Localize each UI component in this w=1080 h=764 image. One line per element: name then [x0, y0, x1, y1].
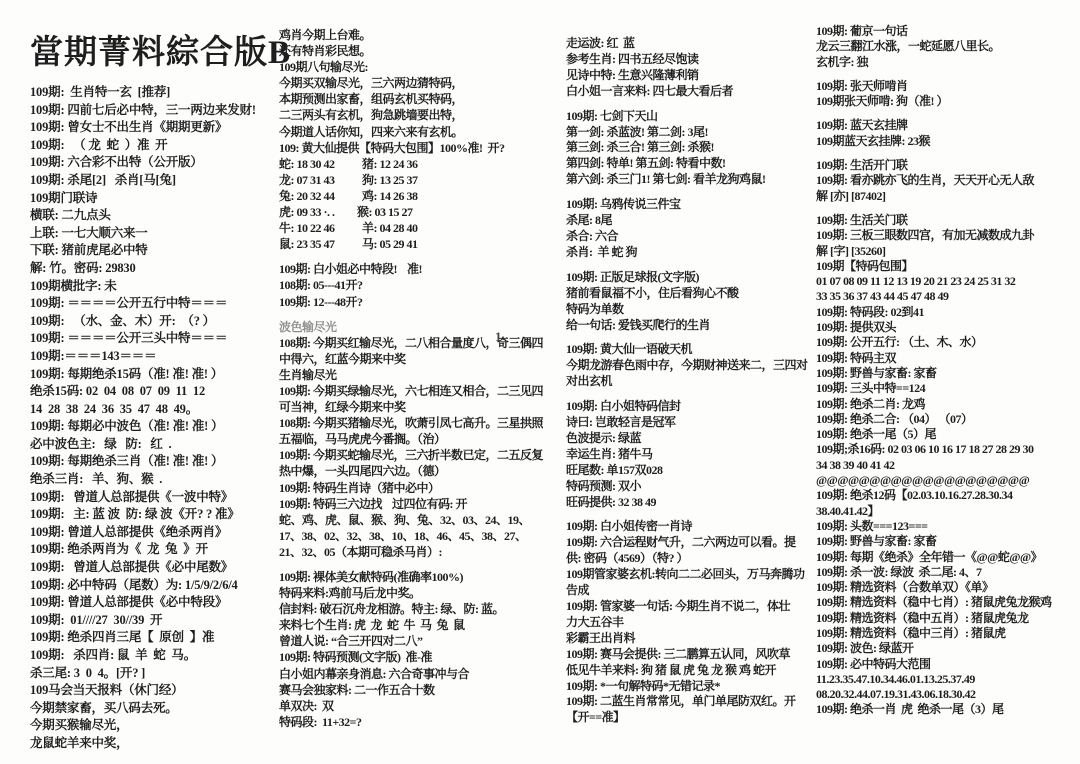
text-line: 109期: 白小姐必中特段! 准! [279, 261, 559, 277]
text-line: 109期: 二蓝生肖常常见，单门单尾防双红。开 [566, 694, 808, 710]
text-line: 109期: 曾道人总部提供《必中特段》 [30, 594, 268, 612]
text-line: 109期: 三板三眼数四宫，有加无减数成九卦 [816, 228, 1078, 243]
text-line: 猪前看鼠福不小，住后看狗心不酸 [566, 286, 808, 302]
lottery-tip-sheet-page: 當期菁料綜合版B 109期: 生肖特一玄 [推荐]109期: 四前七后必中特，三… [0, 0, 1080, 764]
text-line: 109期: 绝杀一肖 虎 绝杀一尾（3）尾 [816, 702, 1078, 717]
blank-line [816, 149, 1078, 158]
text-line: 108期: 今期买红输尽光，二八相合量度八，奇三偶四 [279, 335, 559, 351]
text-line: 【开==准】 [566, 710, 808, 726]
text-line: 特码为单数 [566, 302, 808, 318]
text-line: 109期: 每期必中波色（准! 准! 准! ） [30, 418, 268, 436]
text-line: 109期: 今期买蛇输尽光，三六折半数已定，二五反复 [279, 447, 559, 463]
text-line: 诗曰: 岂敢轻言是冠军 [566, 415, 808, 431]
text-line: 109期: 绝杀两肖为《 龙 兔 》开 [30, 541, 268, 559]
text-line: 109期: 精选资料（稳中三肖）: 猪鼠虎 [816, 626, 1078, 641]
text-line: 今期买猴输尽光， [30, 717, 268, 735]
text-line: 绝杀三肖: 羊、狗、猴 . [30, 471, 268, 489]
text-line: 解 [亦] [87402] [816, 189, 1078, 204]
text-line: 109期: 杀四肖: 鼠 羊 蛇 马。 [30, 647, 268, 665]
text-line: 必中波色主: 绿 防: 红 . [30, 436, 268, 454]
text-line: 今期禁家畜，买八码去死。 [30, 700, 268, 718]
text-line: 109期: 今期买绿输尽光，六七相连又相合，二三见四 [279, 383, 559, 399]
text-line: 109期: 六合彩不出特（公开版） [30, 154, 268, 172]
text-line: 109期: 七剑下天山 [566, 109, 808, 125]
text-line: 109期: 曾女士不出生肖《期期更新》 [30, 119, 268, 137]
text-line: 对出玄机 [566, 374, 808, 390]
text-line: 109期: 01////27 30//39 开 [30, 612, 268, 630]
text-line: 中得六，红蓝今期来中奖 [279, 351, 559, 367]
text-line: 来料七个生肖: 虎 龙 蛇 牛 马 兔 鼠 [279, 617, 559, 633]
text-line: 109期: 曾道人总部提供《一波中特》 [30, 489, 268, 507]
text-line: 109期: （水、金、木）开: （? ） [30, 313, 268, 331]
text-line: 赛马会独家料: 二一作五合十数 [279, 682, 559, 698]
text-line: 109期: 看亦跳亦飞的生肖，天天开心无人敌 [816, 173, 1078, 188]
text-line: 109期: 杀尾[2] 杀肖[马[兔] [30, 172, 268, 190]
text-line: 109期:＝＝＝143＝＝＝ [30, 348, 268, 366]
blank-line [816, 204, 1078, 213]
text-line: 109期【特码包围】 [816, 259, 1078, 274]
text-line: 兔: 20 32 44 鸡: 14 26 38 [279, 188, 559, 204]
text-line: 热中爆，一头四尾四六边。（德） [279, 463, 559, 479]
text-line: 108期: 今期买猪输尽光，吹萧引凤七高升。三星拱照 [279, 415, 559, 431]
text-line: 信封料: 破石沉舟龙相游。特主: 绿、防: 蓝。 [279, 601, 559, 617]
text-line: 还有特肖彩民想。 [279, 43, 559, 59]
column-4: 109期: 葡京一句话龙云三翻江水涨，一蛇延愿八里长。玄机字: 独109期: 张… [816, 24, 1078, 718]
text-line: 109期: 野兽与家畜: 家畜 [816, 366, 1078, 381]
text-line: 告成 [566, 583, 808, 599]
column-1: 當期菁料綜合版B 109期: 生肖特一玄 [推荐]109期: 四前七后必中特，三… [30, 30, 268, 753]
text-line: 牛: 10 22 46 羊: 04 28 40 [279, 220, 559, 236]
text-line: 109期: 生活开门联 [816, 158, 1078, 173]
text-line: 109期: 每期《绝杀》全年错一《@@蛇@@》 [816, 550, 1078, 565]
text-line: 今期买双输尽光，三六两边猜特码， [279, 75, 559, 91]
text-line: 109期门联诗 [30, 190, 268, 208]
column-2: 鸡肖今期上台难。还有特肖彩民想。109期八句输尽光:今期买双输尽光，三六两边猜特… [279, 27, 559, 730]
text-line: 蛇、鸡、虎、鼠、猴、狗、兔、32、03、24、19、 [279, 512, 559, 528]
text-line: 生肖输尽光 [279, 367, 559, 383]
text-line: 109: 黄大仙提供【特码大包围】100%准! 开? [279, 140, 559, 156]
text-line: 上联: 一七大顺六来一 [30, 225, 268, 243]
text-line: 109期: 四前七后必中特，三一两边来发财! [30, 102, 268, 120]
text-line: 109期: 三头中特==124 [816, 381, 1078, 396]
text-line: 幸运生肖: 猪牛马 [566, 447, 808, 463]
text-line: 109期八句输尽光: [279, 59, 559, 75]
text-line: 109期: 精选资料（稳中五肖）: 猪鼠虎兔龙 [816, 611, 1078, 626]
text-line: 01 07 08 09 11 12 13 19 20 21 23 24 25 3… [816, 274, 1078, 289]
text-line: 109期蓝天玄挂牌: 23猴 [816, 134, 1078, 149]
text-line: 杀合: 六合 [566, 229, 808, 245]
text-line: 特码预测: 双小 [566, 479, 808, 495]
text-line: 彩霸王出肖料 [566, 631, 808, 647]
text-line: 109期: 精选资料（合数单双）《单》 [816, 580, 1078, 595]
text-line: 109期: 杀一波: 绿波 杀二尾: 4、7 [816, 565, 1078, 580]
column-3: 走运波: 红 蓝参考生肖: 四书五经尽饱读见诗中特: 生意兴隆薄利销白小姐一言来… [566, 36, 808, 726]
text-line: 14 28 38 24 36 35 47 48 49。 [30, 401, 268, 419]
text-line: 109期: 主: 蓝 波 防: 绿 波《开? ? 准》 [30, 506, 268, 524]
text-line: 第一剑: 杀蓝波! 第二剑: 3尾! [566, 125, 808, 141]
text-line: 旺尾数: 单157双028 [566, 463, 808, 479]
text-line: 走运波: 红 蓝 [566, 36, 808, 52]
blank-line [279, 310, 559, 319]
text-line: 第六剑: 杀三门1! 第七剑: 看羊龙狗鸡鼠! [566, 172, 808, 188]
text-line: 109期: 必中特码（尾数）为: 1/5/9/2/6/4 [30, 577, 268, 595]
text-line: 109期: 12---48开? [279, 294, 559, 310]
text-line: 109期: 正版足球报(文字版) [566, 270, 808, 286]
text-line: 杀三尾: 3 0 4。[开? ] [30, 665, 268, 683]
text-line: 109期: 头数===123=== [816, 519, 1078, 534]
blank-line [279, 252, 559, 261]
text-line: 低见牛羊来料: 狗 猪 鼠 虎 兔 龙 猴 鸡 蛇开 [566, 663, 808, 679]
blank-line [566, 390, 808, 399]
text-line: 109期: 赛马会提供: 三二鹏算五认同，风吹草 [566, 647, 808, 663]
page-title: 當期菁料綜合版B [30, 30, 268, 76]
blank-line [566, 100, 808, 109]
text-line: 109期: ＝＝＝＝公开五行中特＝＝＝ [30, 295, 268, 313]
text-line: 解: 竹。密码: 29830 [30, 260, 268, 278]
text-line: 109期: 曾道人总部提供《必中尾数》 [30, 559, 268, 577]
column-2-lines: 鸡肖今期上台难。还有特肖彩民想。109期八句输尽光:今期买双输尽光，三六两边猜特… [279, 27, 559, 730]
text-line: 龙云三翻江水涨，一蛇延愿八里长。 [816, 39, 1078, 54]
text-line: 109期: 特码主双 [816, 351, 1078, 366]
text-line: 109期: 绝杀二肖: 龙鸡 [816, 397, 1078, 412]
text-line: 波色输尽光 [279, 319, 559, 335]
text-line: 109期: 六合运程财气升，二六两边可以看。提 [566, 535, 808, 551]
text-line: 绝杀15码: 02 04 08 07 09 11 12 [30, 383, 268, 401]
text-line: 109期: 曾道人总部提供《绝杀两肖》 [30, 524, 268, 542]
text-line: 109期: 特码三六边找 过四位有码: 开 [279, 496, 559, 512]
text-line: 特码来料:鸡前马后龙中奖。 [279, 585, 559, 601]
text-line: 109期: 绝杀一尾（5）尾 [816, 427, 1078, 442]
column-1-lines: 109期: 生肖特一玄 [推荐]109期: 四前七后必中特，三一两边来发财!10… [30, 84, 268, 753]
column-4-lines: 109期: 葡京一句话龙云三翻江水涨，一蛇延愿八里长。玄机字: 独109期: 张… [816, 24, 1078, 718]
text-line: 第四剑: 特单! 第五剑: 特看中数! [566, 156, 808, 172]
text-line: 109期: 每期绝杀15码（准! 准! 准! ） [30, 366, 268, 384]
text-line: 鸡肖今期上台难。 [279, 27, 559, 43]
text-line: 109期: 特码预测(文字版) 准-准 [279, 649, 559, 665]
text-line: 白小姐内幕亲身消息: 六合奇事冲与合 [279, 666, 559, 682]
text-line: 109期: *一句解特码*无错记录* [566, 679, 808, 695]
text-line: 色波提示: 绿蓝 [566, 431, 808, 447]
text-line: 可当神，红绿今期来中奖 [279, 399, 559, 415]
text-line: 五福临，马马虎虎今番搁。（治） [279, 431, 559, 447]
text-line: @@@@@@@@@@@@@@@@@@@@ [816, 473, 1078, 488]
text-line: 21、32、05（本期可稳杀马肖）: [279, 544, 559, 560]
text-line: 本期预测出家畜，组码玄机买特码， [279, 91, 559, 107]
text-line: 横联: 二九点头 [30, 207, 268, 225]
text-line: 玄机字: 独 [816, 55, 1078, 70]
text-line: 109期横批字: 未 [30, 278, 268, 296]
text-line: 109期: 特码生肖诗（猪中必中） [279, 480, 559, 496]
text-line: 下联: 猪前虎尾必中特 [30, 242, 268, 260]
text-line: 109期: 生活关门联 [816, 213, 1078, 228]
text-line: 第三剑: 杀三合! 第三剑: 杀猴! [566, 140, 808, 156]
blank-line [279, 560, 559, 569]
blank-line [566, 261, 808, 270]
text-line: 38.40.41.42】 [816, 504, 1078, 519]
text-line: 109期: ＝＝＝＝公开三头中特＝＝＝ [30, 330, 268, 348]
text-line: 109期: 葡京一句话 [816, 24, 1078, 39]
text-line: 二三两头有玄机，狗急跳墙要出特， [279, 107, 559, 123]
text-line: 33 35 36 37 43 44 45 47 48 49 [816, 289, 1078, 304]
text-line: 109期: 管家婆一句话: 今期生肖不说二，体壮 [566, 599, 808, 615]
text-line: 108期: 05---41开? [279, 277, 559, 293]
text-line: 虎: 09 33 ·. . 猴: 03 15 27 [279, 204, 559, 220]
text-line: 参考生肖: 四书五经尽饱读 [566, 52, 808, 68]
text-line: 109期: 提供双头 [816, 320, 1078, 335]
text-line: 109期: 黄大仙一语破天机 [566, 342, 808, 358]
text-line: 白小姐一言来料: 四七最大看后者 [566, 84, 808, 100]
text-line: 给一句话: 爱钱买爬行的生肖 [566, 318, 808, 334]
text-line: 109期: 蓝天玄挂牌 [816, 118, 1078, 133]
text-line: 解 [字] [35260] [816, 244, 1078, 259]
text-line: 今期道人话你知，四来六来有玄机。 [279, 124, 559, 140]
text-line: 鼠: 23 35 47 马: 05 29 41 [279, 236, 559, 252]
scan-artifact-mark: 1 [495, 329, 502, 345]
text-line: 109期: 白小姐特码信封 [566, 399, 808, 415]
text-line: 特码段: 11+32=? [279, 714, 559, 730]
text-line: 109期: 公开五行: （土、木、水） [816, 335, 1078, 350]
text-line: 109期: 必中特码大范围 [816, 657, 1078, 672]
text-line: 109期张天师啃: 狗（准! ） [816, 94, 1078, 109]
text-line: 109期;杀16码: 02 03 06 10 16 17 18 27 28 29… [816, 442, 1078, 457]
text-line: 109期: 精选资料（稳中七肖）: 猪鼠虎兔龙猴鸡 [816, 595, 1078, 610]
text-line: 109期管家婆玄机:转向二二必回头，万马奔腾功 [566, 567, 808, 583]
text-line: 109期: 白小姐传密一肖诗 [566, 519, 808, 535]
text-line: 109期: 绝杀12码【02.03.10.16.27.28.30.34 [816, 488, 1078, 503]
text-line: 109期: （ 龙 蛇 ）准 开 [30, 137, 268, 155]
text-line: 今期龙游春色雨中存，今期财神送来二，三四对 [566, 358, 808, 374]
blank-line [816, 70, 1078, 79]
text-line: 龙: 07 31 43 狗: 13 25 37 [279, 172, 559, 188]
text-line: 曾道人说: “合三开四对二八” [279, 633, 559, 649]
text-line: 08.20.32.44.07.19.31.43.06.18.30.42 [816, 687, 1078, 702]
text-line: 109期: 乌鸦传说三件宝 [566, 197, 808, 213]
text-line: 109期: 野兽与家畜: 家畜 [816, 534, 1078, 549]
text-line: 109期: 裸体美女献特码(准确率100%) [279, 569, 559, 585]
text-line: 109期: 特码段: 02到41 [816, 305, 1078, 320]
text-line: 单双决: 双 [279, 698, 559, 714]
text-line: 旺码提供: 32 38 49 [566, 495, 808, 511]
text-line: 11.23.35.47.10.34.46.01.13.25.37.49 [816, 672, 1078, 687]
text-line: 见诗中特: 生意兴隆薄利销 [566, 68, 808, 84]
text-line: 力大五谷丰 [566, 615, 808, 631]
text-line: 蛇: 18 30 42 猪: 12 24 36 [279, 156, 559, 172]
text-line: 109期: 生肖特一玄 [推荐] [30, 84, 268, 102]
blank-line [566, 188, 808, 197]
text-line: 109期: 每期绝杀三肖（准! 准! 准! ） [30, 453, 268, 471]
text-line: 17、38、02、32、38、10、18、46、45、38、27、 [279, 528, 559, 544]
text-line: 109期: 绝杀二合: （04） （07） [816, 412, 1078, 427]
column-3-lines: 走运波: 红 蓝参考生肖: 四书五经尽饱读见诗中特: 生意兴隆薄利销白小姐一言来… [566, 36, 808, 726]
text-line: 杀肖: 羊 蛇 狗 [566, 245, 808, 261]
text-line: 龙鼠蛇羊来中奖， [30, 735, 268, 753]
text-line: 杀尾: 8尾 [566, 213, 808, 229]
text-line: 供: 密码（4569）（特? ） [566, 551, 808, 567]
text-line: 109期: 绝杀四肖三尾【 原创 】准 [30, 629, 268, 647]
text-line: 109马会当天报料（休门经） [30, 682, 268, 700]
text-line: 109期: 张天师啃肖 [816, 79, 1078, 94]
text-line: 109期: 波色: 绿蓝开 [816, 641, 1078, 656]
text-line: 34 38 39 40 41 42 [816, 458, 1078, 473]
